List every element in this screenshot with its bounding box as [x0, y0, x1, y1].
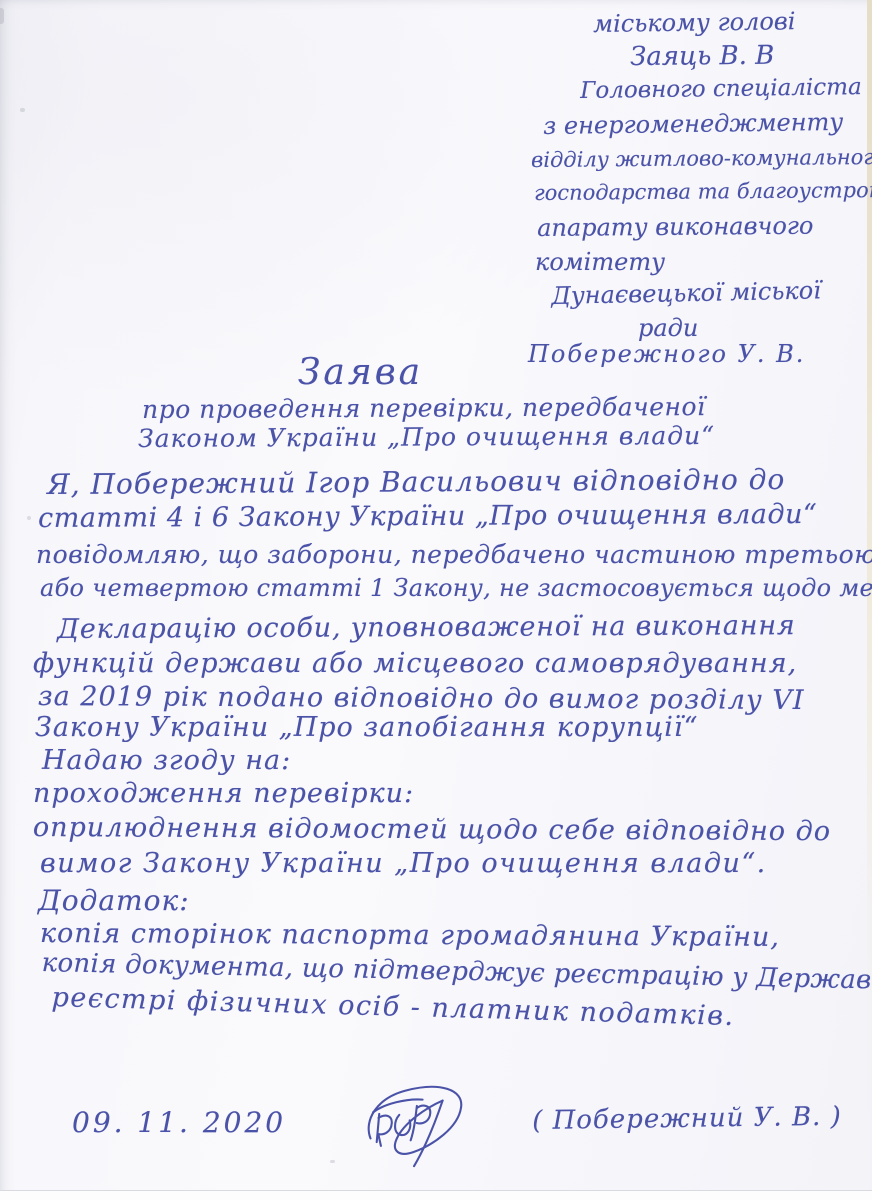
recipient-line: Побережного У. В.: [528, 340, 805, 368]
recipient-line: з енергоменеджменту: [543, 108, 843, 140]
recipient-line: господарства та благоустрою: [534, 178, 872, 205]
attachment-line: Додаток:: [38, 884, 190, 917]
recipient-line: комітету: [535, 248, 665, 276]
consent-line: Надаю згоду на:: [42, 745, 291, 776]
consent-line: вимог Закону України „Про очищення влади…: [40, 848, 767, 879]
recipient-line: апарату виконавчого: [537, 212, 814, 242]
consent-line: оприлюднення відомостей щодо себе відпов…: [33, 812, 831, 847]
recipient-line: відділу житлово-комунального: [531, 145, 872, 172]
signature-icon: [353, 1075, 478, 1176]
recipient-line: Дунаєвецької міської: [551, 276, 821, 310]
recipient-line: Головного спеціаліста: [580, 74, 862, 104]
body-line: або четвертою статті 1 Закону, не застос…: [40, 574, 872, 602]
body-line: статті 4 і 6 Закону України „Про очищенн…: [38, 499, 817, 534]
body-line: функцій держави або місцевого самоврядув…: [33, 648, 797, 679]
recipient-line: Заяць В. В: [630, 41, 774, 72]
body-line: Закону України „Про запобігання корупції…: [35, 712, 698, 743]
body-line: повідомляю, що заборони, передбачено час…: [36, 540, 872, 569]
body-line: Я, Побережний Ігор Васильович відповідно…: [47, 463, 785, 501]
scan-edge-bottom: [0, 1190, 872, 1200]
scan-mark: [20, 108, 25, 112]
scanned-page: міському голові Заяць В. В Головного спе…: [0, 0, 872, 1200]
scan-corner-notch: [0, 8, 4, 24]
signature-scribble: [353, 1075, 478, 1180]
date: 09. 11. 2020: [72, 1106, 286, 1139]
body-line: за 2019 рік подано відповідно до вимог р…: [38, 681, 805, 716]
subtitle-line: Законом України „Про очищення влади“: [138, 421, 715, 453]
doc-title: Заява: [298, 352, 423, 393]
consent-line: проходження перевірки:: [33, 778, 414, 809]
scan-mark: [330, 1160, 335, 1163]
signature-caption: ( Побережний У. В. ): [532, 1102, 842, 1136]
attachment-line: копія сторінок паспорта громадянина Укра…: [40, 918, 780, 953]
subtitle-line: про проведення перевірки, передбаченої: [142, 392, 706, 424]
recipient-line: міському голові: [593, 7, 796, 38]
recipient-line: ради: [638, 314, 698, 342]
scan-mark: [27, 516, 31, 520]
body-line: Декларацію особи, уповноваженої на викон…: [57, 610, 796, 645]
